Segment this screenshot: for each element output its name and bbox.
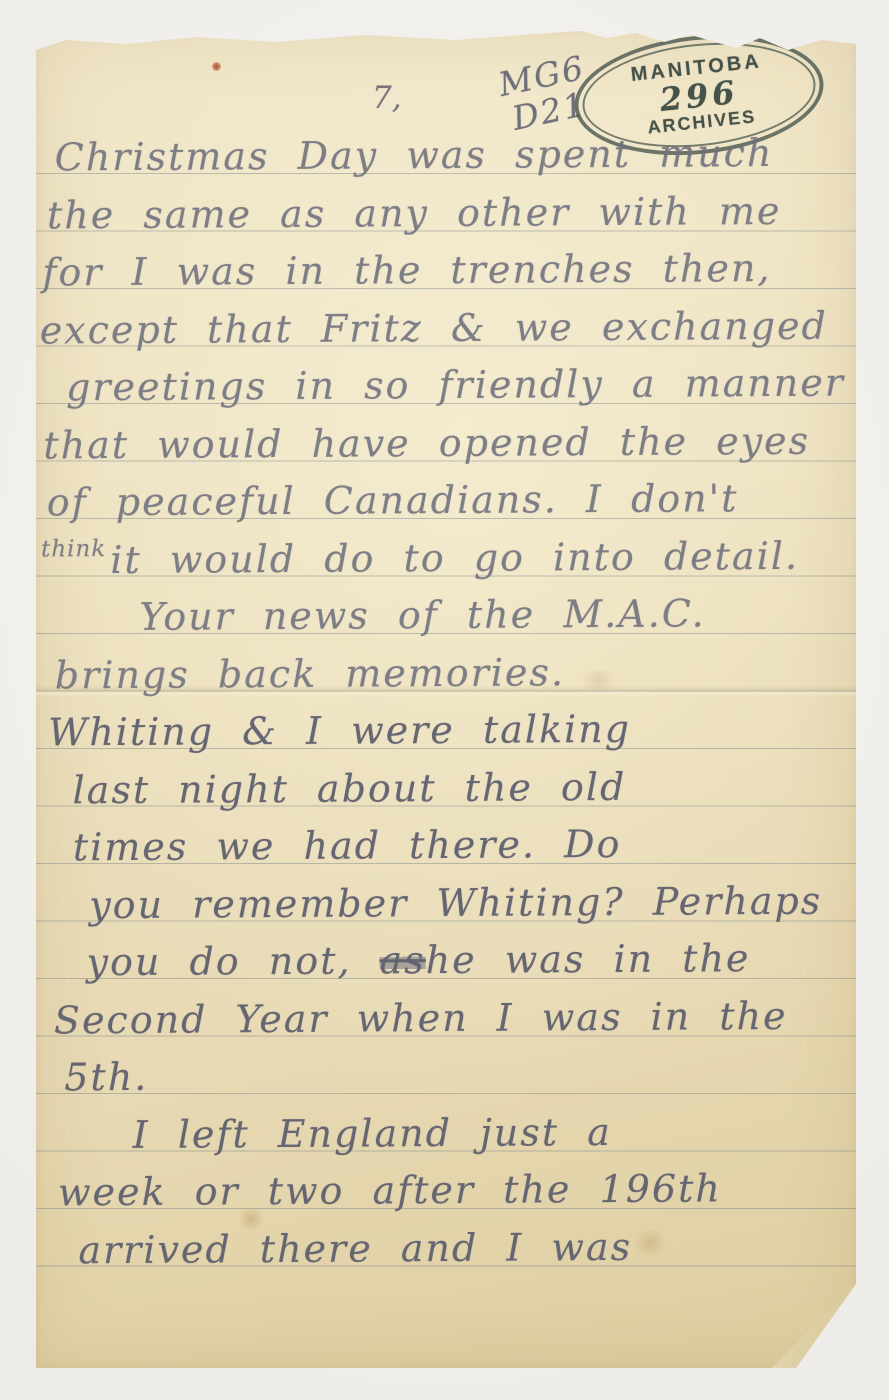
letter-line-text: he was in the [426, 936, 751, 982]
letter-line-text: it would do to go into detail. [110, 534, 799, 582]
letter-line: arrived there and I was [78, 1223, 632, 1276]
struck-word: as [379, 938, 425, 982]
letter-line: you remember Whiting? Perhaps [89, 877, 822, 931]
letter-line: greetings in so friendly a manner [66, 359, 845, 414]
letter-line: I left England just a [133, 1108, 612, 1161]
inserted-word: think [41, 536, 106, 562]
letter-line: except that Fritz & we exchanged [40, 302, 828, 357]
letter-line-text: you do not, [86, 938, 379, 984]
letter-line: 5th. [64, 1053, 148, 1104]
letter-body: Christmas Day was spent much the same as… [32, 28, 860, 1371]
letter-line: of peaceful Canadians. I don't [47, 474, 739, 528]
scanned-letter-background: { "document": { "page_number": "7,", "ar… [0, 0, 889, 1400]
letter-line: thinkit would do to go into detail. [41, 532, 799, 587]
letter-line: for I was in the trenches then, [42, 244, 771, 298]
letter-line: Whiting & I were talking [48, 705, 631, 759]
letter-line: last night about the old [72, 763, 626, 816]
letter-line: week or two after the 196th [58, 1164, 722, 1218]
letter-line: times we had there. Do [73, 820, 622, 873]
letter-line: Christmas Day was spent much [55, 129, 774, 183]
letter-page: 7, MG6 D21 MANITOBA 296 ARCHIVES Christm… [36, 30, 856, 1368]
letter-line: the same as any other with me [47, 187, 782, 241]
letter-line: brings back memories. [55, 648, 566, 701]
letter-line: Second Year when I was in the [54, 992, 788, 1046]
letter-line: that would have opened the eyes [43, 417, 810, 472]
letter-line: you do not, ashe was in the [86, 934, 750, 988]
letter-line: Your news of the M.A.C. [139, 589, 705, 642]
